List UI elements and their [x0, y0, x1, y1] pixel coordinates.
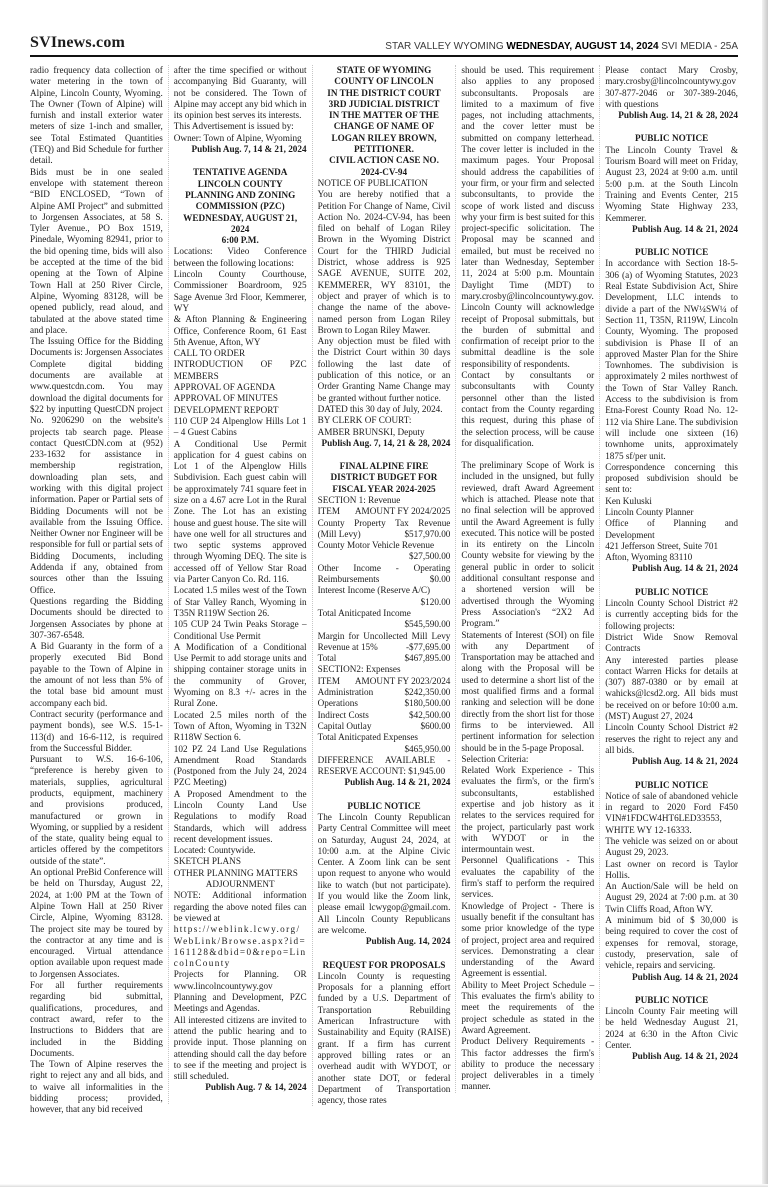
site-title: SVInews.com	[30, 34, 125, 52]
budget-item-amount: -$77,695.00	[406, 642, 450, 653]
amount-line: $465,950.00	[318, 744, 451, 755]
notice-paragraph: NOTE: Additional information regarding t…	[174, 890, 307, 924]
budget-row: Operations$180,500.00	[318, 698, 451, 709]
notice-paragraph: The Lincoln County Travel & Tourism Boar…	[605, 145, 738, 224]
budget-row: ITEMAMOUNT FY 2024/2025	[318, 506, 451, 517]
notice-line: AMBER BRUNSKI, Deputy	[318, 427, 451, 438]
notice-paragraph: Any objection must be filed with the Dis…	[318, 336, 451, 404]
notice-line: DEVELOPMENT REPORT	[174, 405, 307, 416]
masthead: SVInews.com STAR VALLEY WYOMING WEDNESDA…	[30, 34, 738, 57]
notice-paragraph: Product Delivery Requirements - This fac…	[461, 1036, 594, 1092]
newspaper-page: SVInews.com STAR VALLEY WYOMING WEDNESDA…	[0, 0, 768, 1116]
budget-item-amount: $242,350.00	[404, 687, 450, 698]
notice-paragraph: INTRODUCTION OF PZC MEMBERS	[174, 359, 307, 382]
notice-paragraph: The preliminary Scope of Work is include…	[461, 460, 594, 629]
notice-paragraph: The Issuing Office for the Bidding Docum…	[30, 336, 163, 359]
notice-line: SKETCH PLANS	[174, 856, 307, 867]
budget-item-amount: $42,500.00	[409, 710, 450, 721]
budget-row: Total$467,895.00	[318, 653, 451, 664]
notice-paragraph: The Town of Alpine reserves the right to…	[30, 1059, 163, 1115]
notice-paragraph: A Proposed Amendment to the Lincoln Coun…	[174, 789, 307, 845]
notice-paragraph: A Conditional Use Permit application for…	[174, 439, 307, 586]
notice-line: Selection Criteria:	[461, 754, 594, 765]
notice-paragraph: Locations: Video Conference between the …	[174, 246, 307, 269]
notice-paragraph: Located 1.5 miles west of the Town of St…	[174, 585, 307, 619]
column-5: Please contact Mary Crosby, mary.crosby@…	[599, 65, 738, 1073]
publish-line: Publish Aug. 14 & 21, 2024	[605, 756, 738, 767]
notice-paragraph: Correspondence concerning this proposed …	[605, 462, 738, 496]
notice-line: County Motor Vehicle Revenue	[318, 540, 451, 551]
notice-line: APPROVAL OF AGENDA	[174, 382, 307, 393]
notice-heading: PUBLIC NOTICE	[605, 247, 738, 258]
publish-line: Publish Aug. 14 & 21, 2024	[605, 972, 738, 983]
notice-paragraph: & Afton Planning & Engineering Office, C…	[174, 314, 307, 348]
notice-justified-line: County Property Tax Revenue	[318, 518, 451, 529]
notice-heading: STATE OF WYOMING COUNTY OF LINCOLN IN TH…	[318, 65, 451, 178]
notice-paragraph: Personnel Qualifications - This evaluate…	[461, 855, 594, 900]
notice-paragraph: District Wide Snow Removal Contracts	[605, 632, 738, 655]
budget-item-amount: $0.00	[430, 574, 451, 585]
notice-paragraph: DIFFERENCE AVAILABLE - RESERVE ACCOUNT: …	[318, 755, 451, 778]
notice-paragraph: Lincoln County will acknowledge receipt …	[461, 302, 594, 370]
notice-line: 421 Jefferson Street, Suite 701	[605, 541, 738, 552]
notice-paragraph: 102 PZ 24 Land Use Regulations Amendment…	[174, 744, 307, 789]
budget-item-amount: $600.00	[421, 721, 451, 732]
budget-item-amount: AMOUNT FY 2023/2024	[355, 676, 450, 687]
notice-line: OTHER PLANNING MATTERS	[174, 868, 307, 879]
publish-line: Publish Aug. 7 & 14, 2024	[174, 1082, 307, 1093]
notice-paragraph: Questions regarding the Bidding Document…	[30, 596, 163, 641]
notice-heading: PUBLIC NOTICE	[318, 801, 451, 812]
publish-line: Publish Aug. 7, 14, 21 & 28, 2024	[318, 438, 451, 449]
notice-paragraph: Complete digital bidding documents are a…	[30, 359, 163, 596]
notice-line: SECTION2: Expenses	[318, 664, 451, 675]
notice-line: APPROVAL OF MINUTES	[174, 393, 307, 404]
budget-row: Indirect Costs$42,500.00	[318, 710, 451, 721]
budget-item-label: ITEM	[318, 506, 340, 517]
column-3: STATE OF WYOMING COUNTY OF LINCOLN IN TH…	[312, 65, 456, 1106]
notice-line: SECTION 1: Revenue	[318, 495, 451, 506]
notice-paragraph: The Lincoln County Republican Party Cent…	[318, 812, 451, 936]
notice-line: CALL TO ORDER	[174, 348, 307, 359]
notice-paragraph: Office of Planning and Development	[605, 518, 738, 541]
budget-item-label: Capital Outlay	[318, 721, 372, 732]
publish-line: Publish Aug. 14, 21 & 28, 2024	[605, 110, 738, 121]
budget-row: (Mill Levy)$517,970.00	[318, 529, 451, 540]
notice-line: Ken Kuluski	[605, 496, 738, 507]
notice-line: Owner: Town of Alpine, Wyoming	[174, 133, 307, 144]
notice-line: Total Aniticpated Income	[318, 608, 451, 619]
notice-paragraph: The vehicle was seized on or about Augus…	[605, 836, 738, 859]
notice-paragraph: Last owner on record is Taylor Hollis.	[605, 859, 738, 882]
notice-line: DATED this 30 day of July, 2024.	[318, 404, 451, 415]
notice-centered-line: ADJOURNMENT	[174, 879, 307, 890]
budget-item-amount: $517,970.00	[404, 529, 450, 540]
budget-item-label: ITEM	[318, 676, 340, 687]
notice-paragraph: Bids must be in one sealed envelope with…	[30, 167, 163, 336]
notice-paragraph: Contract security (performance and payme…	[30, 709, 163, 754]
masthead-right: STAR VALLEY WYOMING WEDNESDAY, AUGUST 14…	[385, 41, 738, 52]
budget-item-label: (Mill Levy)	[318, 529, 361, 540]
notice-justified-line: Margin for Uncollected Mill Levy	[318, 631, 451, 642]
notice-line: Interest Income (Reserve A/C)	[318, 585, 451, 596]
spacer	[461, 449, 594, 460]
notice-line: Total Aniticpated Expenses	[318, 732, 451, 743]
notice-heading: REQUEST FOR PROPOSALS	[318, 960, 451, 971]
budget-item-label: Total	[318, 653, 337, 664]
budget-row: Revenue at 15%-$77,695.00	[318, 642, 451, 653]
notice-heading: PUBLIC NOTICE	[605, 780, 738, 791]
notice-paragraph: In accordance with Section 18-5-306 (a) …	[605, 258, 738, 461]
notice-paragraph: Lincoln County Courthouse, Commissioner …	[174, 269, 307, 314]
column-2: after the time specified or without acco…	[168, 65, 312, 1104]
notice-line: This Advertisement is issued by:	[174, 121, 307, 132]
publish-line: Publish Aug. 14 & 21, 2024	[605, 563, 738, 574]
notice-paragraph: Notice of sale of abandoned vehicle in r…	[605, 791, 738, 836]
masthead-location: STAR VALLEY WYOMING	[385, 41, 506, 52]
budget-item-label: Operations	[318, 698, 358, 709]
notice-paragraph: A minimum bid of $ 30,000 is being requi…	[605, 915, 738, 971]
column-4: should be used. This requirement also ap…	[455, 65, 599, 1093]
column-1: radio frequency data collection of water…	[30, 65, 168, 1116]
notice-paragraph: Lincoln County is requesting Proposals f…	[318, 971, 451, 1107]
amount-line: $27,500.00	[318, 551, 451, 562]
notice-paragraph: Knowledge of Project - There is usually …	[461, 901, 594, 980]
publish-line: Publish Aug. 14, 2024	[318, 936, 451, 947]
notice-heading: PUBLIC NOTICE	[605, 133, 738, 144]
notice-justified-line: Other Income - Operating	[318, 563, 451, 574]
publish-line: Publish Aug. 7, 14 & 21, 2024	[174, 144, 307, 155]
notice-paragraph: Please contact Mary Crosby, mary.crosby@…	[605, 65, 738, 110]
notice-line: NOTICE OF PUBLICATION	[318, 178, 451, 189]
notice-paragraph: Lincoln County School District #2 is cur…	[605, 598, 738, 632]
notice-paragraph: Ability to Meet Project Schedule – This …	[461, 980, 594, 1036]
notice-paragraph: Lincoln County School District #2 reserv…	[605, 722, 738, 756]
notice-line: Afton, Wyoming 83110	[605, 552, 738, 563]
budget-item-label: Indirect Costs	[318, 710, 369, 721]
notice-paragraph: Pursuant to W.S. 16-6-106, “preference i…	[30, 754, 163, 867]
notice-heading: TENTATIVE AGENDA LINCOLN COUNTY PLANNING…	[174, 167, 307, 246]
amount-line: $120.00	[318, 597, 451, 608]
budget-item-amount: AMOUNT FY 2024/2025	[355, 506, 450, 517]
notice-paragraph: after the time specified or without acco…	[174, 65, 307, 121]
notice-paragraph: An optional PreBid Conference will be he…	[30, 867, 163, 980]
notice-paragraph: Statements of Interest (SOI) on file wit…	[461, 630, 594, 754]
notice-paragraph: An Auction/Sale will be held on August 2…	[605, 881, 738, 915]
notice-url: https://weblink.lcwy.org/WebLink/Browse.…	[174, 924, 307, 969]
notice-paragraph: 110 CUP 24 Alpenglow Hills Lot 1 – 4 Gue…	[174, 416, 307, 439]
budget-row: Capital Outlay$600.00	[318, 721, 451, 732]
notice-line: Located: Countywide.	[174, 845, 307, 856]
notice-line: Lincoln County Planner	[605, 507, 738, 518]
notice-paragraph: Located 2.5 miles north of the Town of A…	[174, 710, 307, 744]
notice-paragraph: Lincoln County Fair meeting will be held…	[605, 1006, 738, 1051]
notice-paragraph: Contact by consultants or subconsultants…	[461, 370, 594, 449]
notice-paragraph: A Modification of a Conditional Use Perm…	[174, 642, 307, 710]
notice-heading: FINAL ALPINE FIRE DISTRICT BUDGET FOR FI…	[318, 461, 451, 495]
publish-line: Publish Aug. 14 & 21, 2024	[318, 777, 451, 788]
budget-row: ITEMAMOUNT FY 2023/2024	[318, 676, 451, 687]
budget-item-label: Reimbursements	[318, 574, 380, 585]
notice-line: BY CLERK OF COURT:	[318, 415, 451, 426]
notice-paragraph: radio frequency data collection of water…	[30, 65, 163, 167]
budget-item-label: Administration	[318, 687, 374, 698]
notice-heading: PUBLIC NOTICE	[605, 587, 738, 598]
budget-item-label: Revenue at 15%	[318, 642, 378, 653]
notice-paragraph: should be used. This requirement also ap…	[461, 65, 594, 302]
notice-paragraph: A Bid Guaranty in the form of a properly…	[30, 641, 163, 709]
budget-row: Administration$242,350.00	[318, 687, 451, 698]
publish-line: Publish Aug. 14 & 21, 2024	[605, 1051, 738, 1062]
budget-item-amount: $467,895.00	[404, 653, 450, 664]
amount-line: $545,590.00	[318, 619, 451, 630]
budget-row: Reimbursements$0.00	[318, 574, 451, 585]
masthead-date: WEDNESDAY, AUGUST 14, 2024	[506, 41, 658, 52]
notice-paragraph: You are hereby notified that a Petition …	[318, 189, 451, 336]
publish-line: Publish Aug. 14 & 21, 2024	[605, 224, 738, 235]
notice-paragraph: For all further requirements regarding b…	[30, 980, 163, 1059]
masthead-edition: SVI MEDIA - 25A	[659, 41, 738, 52]
budget-item-amount: $180,500.00	[404, 698, 450, 709]
notice-heading: PUBLIC NOTICE	[605, 995, 738, 1006]
notice-paragraph: 105 CUP 24 Twin Peaks Storage – Conditio…	[174, 619, 307, 642]
page-edge-shadow-right	[762, 0, 768, 1187]
notice-paragraph: All interested citizens are invited to a…	[174, 1015, 307, 1083]
notice-paragraph: Related Work Experience - This evaluates…	[461, 765, 594, 855]
columns: radio frequency data collection of water…	[30, 65, 738, 1116]
notice-paragraph: Projects for Planning. OR www.lincolncou…	[174, 969, 307, 1014]
notice-paragraph: Any interested parties please contact Wa…	[605, 655, 738, 723]
